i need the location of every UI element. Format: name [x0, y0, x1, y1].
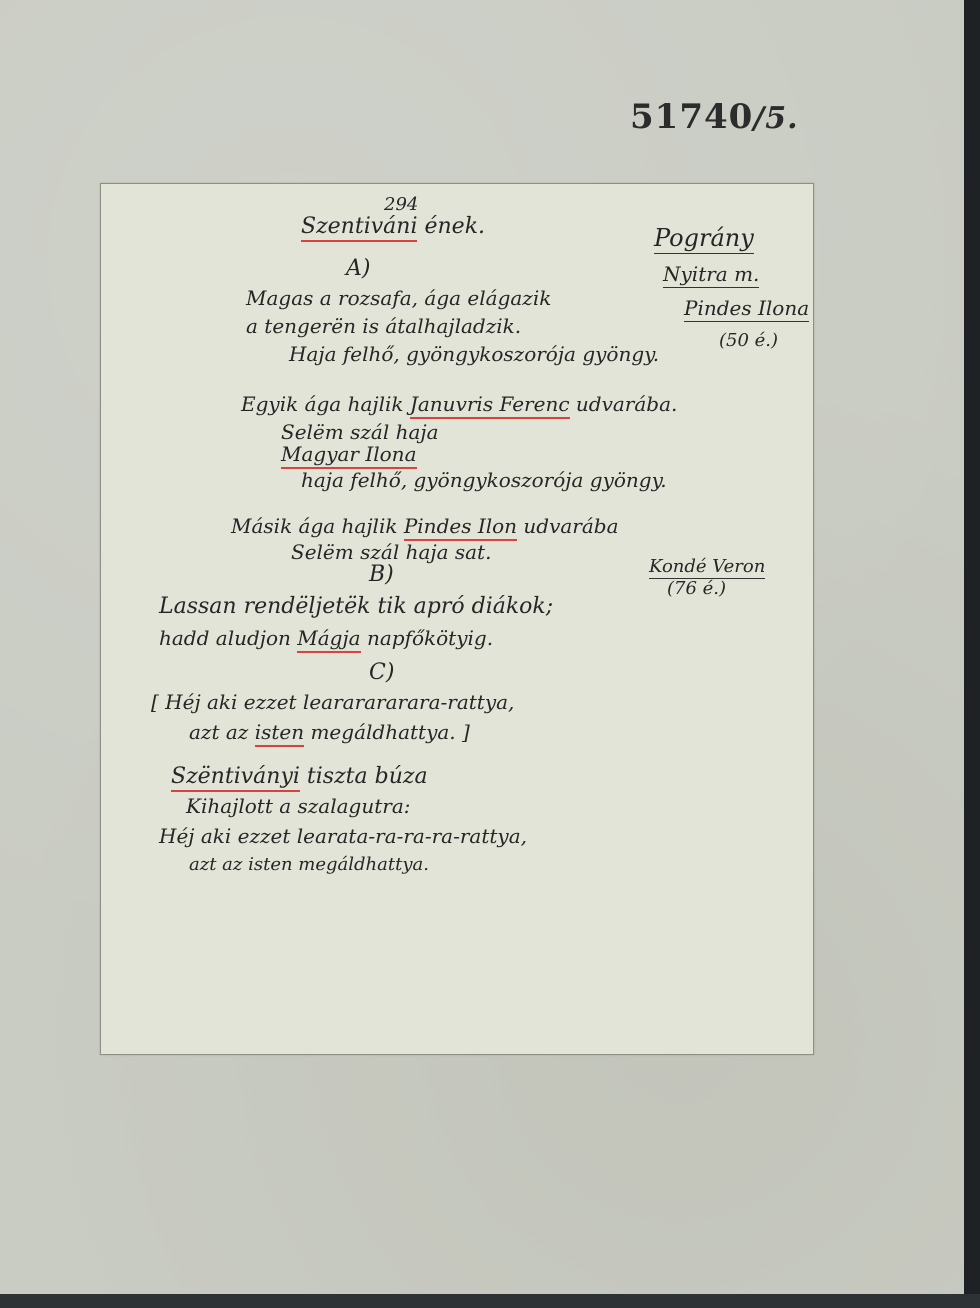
page-number: 294 — [384, 194, 418, 215]
section-c-line-3: Héj aki ezzet learata-ra-ra-ra-rattya, — [159, 824, 527, 848]
informant-a-village: Pográny — [654, 224, 754, 254]
underlined-name: Mágja — [297, 626, 360, 653]
text-segment: hadd aludjon — [159, 626, 297, 650]
underlined-name: Magyar Ilona — [281, 442, 417, 469]
section-c-bracketed-line-2: azt az isten megáldhattya. ] — [189, 720, 470, 744]
underlined-word: isten — [255, 720, 304, 747]
section-a-line-1: Magas a rozsafa, ága elágazik — [246, 286, 551, 310]
section-a-line-2: a tengerën is átalhajladzik. — [246, 314, 521, 338]
text-segment: udvarába. — [570, 392, 678, 416]
stanza2-line-1: Egyik ága hajlik Januvris Ferenc udvaráb… — [241, 392, 677, 416]
text-segment: udvarába — [517, 514, 618, 538]
informant-a-name: Pindes Ilona — [684, 296, 809, 322]
manuscript-sheet: 294 Szentiváni ének. Pográny Nyitra m. P… — [100, 183, 814, 1055]
section-c-line-4: azt az isten megáldhattya. — [189, 854, 429, 875]
stanza3-line-2: Selëm szál haja sat. — [291, 540, 491, 564]
section-b-line-1: Lassan rendëljetëk tik apró diákok; — [159, 594, 553, 619]
inventory-number-main: 51740 — [630, 97, 753, 137]
scan-edge-bottom — [0, 1294, 980, 1308]
informant-a-county: Nyitra m. — [663, 262, 759, 288]
text-segment: megáldhattya. ] — [304, 720, 470, 744]
informant-b-age: (76 é.) — [667, 578, 726, 599]
song-title: Szentiváni ének. — [301, 214, 485, 239]
title-underlined-word: Szentiváni — [301, 214, 417, 242]
text-segment: azt az — [189, 720, 255, 744]
text-segment: tiszta búza — [300, 764, 428, 789]
section-b-line-2: hadd aludjon Mágja napfőkötyig. — [159, 626, 493, 650]
stanza2-line-4: haja felhő, gyöngykoszorója gyöngy. — [301, 468, 667, 492]
text-segment: Másik ága hajlik — [231, 514, 404, 538]
inventory-number-stamp: 51740/5. — [630, 97, 799, 137]
underlined-word: Szëntiványi — [171, 764, 300, 792]
text-segment: Egyik ága hajlik — [241, 392, 410, 416]
informant-a-age: (50 é.) — [719, 330, 778, 351]
section-b-label: B) — [369, 562, 394, 587]
stanza3-line-1: Másik ága hajlik Pindes Ilon udvarába — [231, 514, 619, 538]
stanza2-line-2: Selëm szál haja — [281, 420, 439, 444]
section-c-line-1: Szëntiványi tiszta búza — [171, 764, 428, 789]
underlined-name: Pindes Ilon — [404, 514, 517, 541]
text-segment: napfőkötyig. — [361, 626, 493, 650]
section-a-line-3: Haja felhő, gyöngykoszorója gyöngy. — [289, 342, 659, 366]
underlined-name: Januvris Ferenc — [410, 392, 570, 419]
section-c-bracketed-line-1: [ Héj aki ezzet leararararara-rattya, — [151, 690, 514, 714]
title-rest: ének. — [424, 214, 485, 239]
inventory-number-suffix: /5. — [753, 101, 798, 136]
section-c-line-2: Kihajlott a szalagutra: — [186, 794, 410, 818]
section-a-label: A) — [346, 256, 370, 281]
section-c-label: C) — [369, 660, 394, 685]
scan-edge-right — [964, 0, 980, 1308]
informant-b-name: Kondé Veron — [649, 556, 765, 579]
stanza2-line-3: Magyar Ilona — [281, 442, 417, 466]
